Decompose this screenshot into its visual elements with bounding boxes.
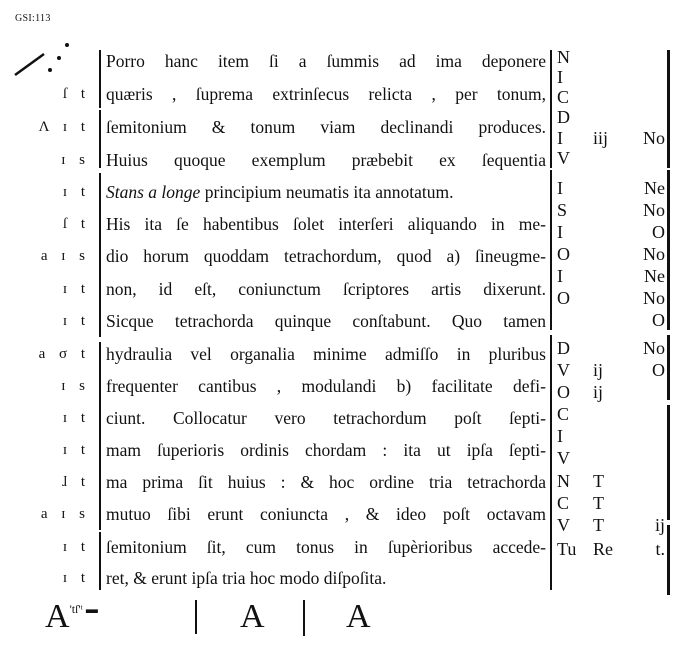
notation-row: N — [557, 47, 687, 67]
text-line-rest: principium neumatis ita annotatum. — [200, 182, 453, 202]
bracket-line — [99, 342, 101, 400]
text-line: Sicque tetrachorda quinque conſtabunt. Q… — [106, 311, 546, 332]
notation-row: I — [557, 67, 687, 87]
notation-letter: N — [557, 471, 570, 492]
bracket-line — [550, 170, 552, 330]
notation-syllable: O — [635, 222, 665, 243]
notation-row: IO — [557, 222, 687, 242]
notation-syllable: Ne — [635, 178, 665, 199]
large-letter-A-3: A — [346, 598, 371, 636]
notation-row: NT — [557, 471, 687, 491]
text-line: mutuo ſibi erunt coniuncta , & ideo poſt… — [106, 504, 546, 525]
notation-mark: ij — [593, 360, 603, 381]
text-line: mam ſuperioris ordinis chordam : ita ut … — [106, 440, 546, 461]
bracket-line — [99, 532, 101, 590]
text-line: quæris , ſuprema extrinſecus relicta , p… — [106, 84, 546, 105]
text-line: frequenter cantibus , modulandi b) facil… — [106, 376, 546, 397]
text-line: hydraulia vel organalia minime admiſſo i… — [106, 344, 546, 365]
margin-notation: a ɪ s — [20, 506, 90, 523]
notation-syllable: No — [635, 200, 665, 221]
notation-row: V — [557, 148, 687, 168]
notation-row: IiijNo — [557, 128, 687, 148]
margin-notation: a ɪ s — [20, 248, 90, 265]
notation-row: D — [557, 107, 687, 127]
notation-mark: ij — [593, 382, 603, 403]
notation-syllable: No — [635, 244, 665, 265]
notation-row: I — [557, 426, 687, 446]
notation-row: C — [557, 87, 687, 107]
text-row: ɪ t ret, & erunt ipſa tria hoc modo diſp… — [0, 564, 695, 594]
letter-A: A — [346, 598, 371, 635]
notation-row: V — [557, 448, 687, 468]
notation-row: DNo — [557, 338, 687, 358]
notation-letter: I — [557, 67, 563, 88]
notation-mark: iij — [593, 128, 608, 149]
bracket-line — [99, 110, 101, 168]
notation-mark: T — [593, 515, 604, 536]
margin-notation: ſ t — [20, 86, 90, 103]
text-line: ret, & erunt ipſa tria hoc modo diſpoſit… — [106, 568, 546, 589]
notation-letter: D — [557, 107, 570, 128]
notation-letter: V — [557, 360, 570, 381]
notation-letter: V — [557, 515, 570, 536]
notation-letter: O — [557, 288, 570, 309]
margin-notation: ɪ t — [20, 281, 90, 298]
notation-row: INe — [557, 178, 687, 198]
letter-A: A — [240, 598, 265, 635]
notation-letter: C — [557, 404, 569, 425]
notation-row: Oij — [557, 382, 687, 402]
notation-letter: I — [557, 128, 563, 149]
notation-syllable: O — [635, 360, 665, 381]
bracket-line — [550, 108, 552, 168]
text-line: ſemitonium & tonum viam declinandi produ… — [106, 117, 546, 138]
notation-letter: V — [557, 148, 570, 169]
bracket-line — [99, 50, 101, 108]
notation-letter: O — [557, 382, 570, 403]
margin-notation: ſ t — [20, 216, 90, 233]
margin-notation: ɪ s — [20, 152, 90, 169]
notation-row: CT — [557, 493, 687, 513]
text-line: dio horum quoddam tetrachordum, quod a) … — [106, 246, 546, 267]
italic-phrase: Stans a longe — [106, 182, 200, 202]
notation-letter: D — [557, 338, 570, 359]
margin-notation: ɺ t — [20, 474, 90, 491]
notation-syllable: Ne — [635, 266, 665, 287]
margin-notation: ɪ t — [20, 570, 90, 587]
margin-notation: ɪ t — [20, 442, 90, 459]
notation-row: VTij — [557, 515, 687, 535]
page-label: GSI:113 — [15, 13, 51, 24]
notation-letter: I — [557, 426, 563, 447]
bracket-line — [550, 335, 552, 590]
margin-notation: a σ t — [20, 346, 90, 363]
notation-mark: T — [593, 471, 604, 492]
notation-mark: Re — [593, 539, 613, 560]
text-line: non, id eſt, coniunctum ſcriptores artis… — [106, 279, 546, 300]
text-line: Porro hanc item ſi a ſummis ad ima depon… — [106, 51, 546, 72]
notation-syllable: t. — [635, 539, 665, 560]
notation-syllable: ij — [635, 515, 665, 536]
notation-syllable: No — [635, 338, 665, 359]
notation-row: SNo — [557, 200, 687, 220]
text-line: His ita ſe habentibus ſolet interſeri al… — [106, 214, 546, 235]
notation-letter: C — [557, 87, 569, 108]
notation-letter: I — [557, 178, 563, 199]
margin-notation: ɪ t — [20, 313, 90, 330]
divider-line — [303, 600, 305, 636]
divider-line — [195, 600, 197, 634]
notation-row: TuRet. — [557, 539, 687, 559]
bracket-line — [99, 400, 101, 530]
notation-row: ONo — [557, 288, 687, 308]
bracket-line — [99, 282, 101, 337]
text-line: Huius quoque exemplum præbebit ex ſequen… — [106, 150, 546, 171]
superscript-marks: 'tſ'ᵗ ▬ — [70, 602, 98, 616]
notation-letter: N — [557, 47, 570, 68]
margin-notation: ɪ s — [20, 378, 90, 395]
notation-row: INe — [557, 266, 687, 286]
notation-letter: I — [557, 266, 563, 287]
bracket-line — [550, 50, 552, 108]
text-line: ſemitonium ſit, cum tonus in ſupèrioribu… — [106, 537, 546, 558]
text-line: Stans a longe principium neumatis ita an… — [106, 182, 546, 203]
notation-row: O — [557, 310, 687, 330]
text-line: ma prima ſit huius : & hoc ordine tria t… — [106, 472, 546, 493]
notation-letter: I — [557, 222, 563, 243]
margin-notation: ɪ t — [20, 539, 90, 556]
notation-row: C — [557, 404, 687, 424]
text-line: ciunt. Collocatur vero tetrachordum poſt… — [106, 408, 546, 429]
notation-syllable: O — [635, 310, 665, 331]
notation-row: VijO — [557, 360, 687, 380]
notation-letter: Tu — [557, 539, 576, 560]
notation-syllable: No — [635, 128, 665, 149]
notation-mark: T — [593, 493, 604, 514]
notation-row: ONo — [557, 244, 687, 264]
margin-notation: ɪ t — [20, 184, 90, 201]
notation-letter: S — [557, 200, 567, 221]
notation-syllable: No — [635, 288, 665, 309]
notation-letter: O — [557, 244, 570, 265]
large-letter-A: A — [45, 598, 70, 635]
notation-letter: V — [557, 448, 570, 469]
margin-notation: Λ ɪ t — [20, 119, 90, 136]
margin-notation: ɪ t — [20, 410, 90, 427]
notation-letter: C — [557, 493, 569, 514]
bottom-A-group: A'tſ'ᵗ ▬ — [45, 598, 98, 636]
large-letter-A-2: A — [240, 598, 265, 636]
bracket-line — [667, 525, 670, 595]
